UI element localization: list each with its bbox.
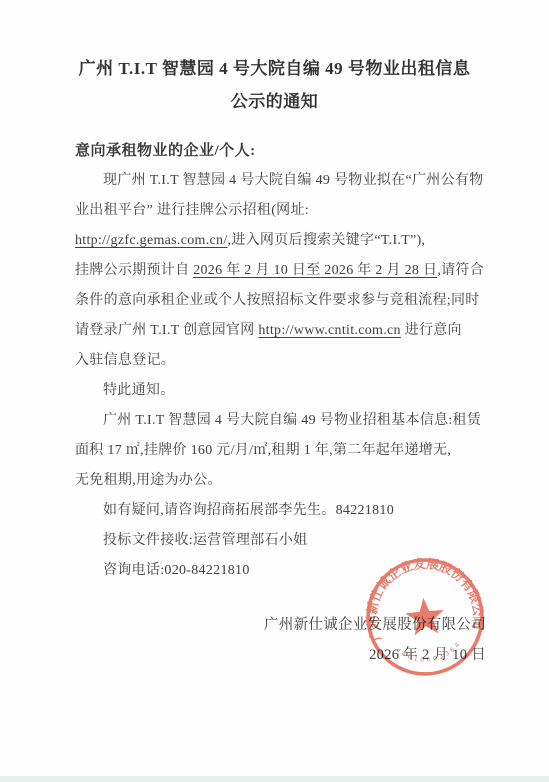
info-line: 广州 T.I.T 智慧园 4 号大院自编 49 号物业招租基本信息:租赁 (75, 406, 487, 436)
paragraph-line: 请登录广州 T.I.T 创意园官网 http://www.cntit.com.c… (75, 316, 487, 346)
paragraph-text: ,进入网页后搜索关键字“T.I.T”), (228, 233, 426, 248)
listing-period-dates: 2026 年 2 月 10 日至 2026 年 2 月 28 日 (193, 263, 437, 278)
paragraph-line: 条件的意向承租企业或个人按照招标文件要求参与竞租流程;同时 (75, 286, 487, 316)
notice-line: 特此通知。 (75, 376, 487, 406)
signature-block: 广州新仕诚企业发展股份有限公司 2026 年 2 月 10 日 (264, 610, 486, 670)
paragraph-line: 入驻信息登记。 (75, 346, 487, 376)
contact-line-phone: 咨询电话:020-84221810 (75, 556, 487, 586)
title-line-2: 公示的通知 (0, 85, 549, 118)
contact-line-inquiry: 如有疑问,请咨询招商拓展部李先生。84221810 (75, 496, 487, 526)
tit-official-site-link: http://www.cntit.com.cn (258, 323, 400, 338)
paragraph-text: 进行意向 (401, 323, 462, 338)
title-line-1: 广州 T.I.T 智慧园 4 号大院自编 49 号物业出租信息 (0, 52, 549, 85)
paragraph-line: 业出租平台” 进行挂牌公示招租(网址: (75, 196, 487, 226)
document-title: 广州 T.I.T 智慧园 4 号大院自编 49 号物业出租信息 公示的通知 (0, 52, 549, 118)
scan-edge-shadow (0, 776, 549, 782)
paragraph-line: 现广州 T.I.T 智慧园 4 号大院自编 49 号物业拟在“广州公有物 (75, 166, 487, 196)
document-body: 现广州 T.I.T 智慧园 4 号大院自编 49 号物业拟在“广州公有物 业出租… (75, 166, 487, 586)
paragraph-text: 请登录广州 T.I.T 创意园官网 (75, 323, 258, 338)
paragraph-text: ,请符合 (437, 263, 484, 278)
signature-date: 2026 年 2 月 10 日 (264, 640, 486, 670)
document-page: 广州 T.I.T 智慧园 4 号大院自编 49 号物业出租信息 公示的通知 意向… (0, 0, 549, 782)
info-line: 面积 17 ㎡,挂牌价 160 元/月/㎡,租期 1 年,第二年起年递增无, (75, 436, 487, 466)
platform-url-link: http://gzfc.gemas.com.cn/ (75, 233, 228, 248)
info-line: 无免租期,用途为办公。 (75, 466, 487, 496)
contact-line-bid-receiver: 投标文件接收:运营管理部石小姐 (75, 526, 487, 556)
signature-company: 广州新仕诚企业发展股份有限公司 (264, 610, 486, 640)
paragraph-line: 挂牌公示期预计自 2026 年 2 月 10 日至 2026 年 2 月 28 … (75, 256, 487, 286)
salutation: 意向承租物业的企业/个人: (75, 139, 256, 160)
paragraph-line: http://gzfc.gemas.com.cn/,进入网页后搜索关键字“T.I… (75, 226, 487, 256)
paragraph-text: 挂牌公示期预计自 (75, 263, 193, 278)
